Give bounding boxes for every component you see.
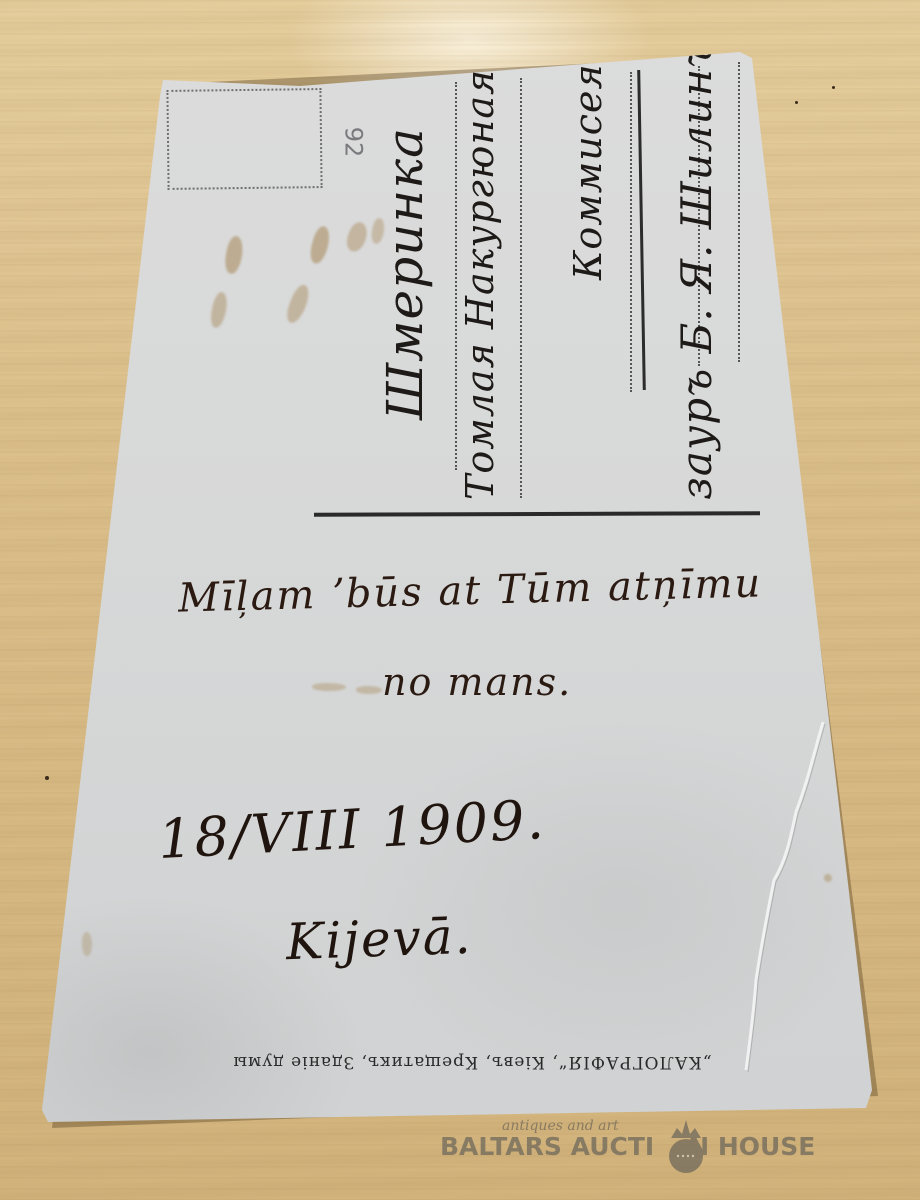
message-line-2: no mans. bbox=[382, 660, 572, 704]
stain bbox=[343, 220, 370, 254]
address-guide-line bbox=[520, 78, 522, 498]
stain bbox=[82, 932, 92, 956]
stain bbox=[208, 291, 229, 329]
stain bbox=[283, 282, 313, 325]
address-guide-line bbox=[455, 82, 457, 470]
address-line-3: Коммисея bbox=[566, 63, 610, 280]
address-line-1: Шмеринка bbox=[376, 127, 434, 420]
stain bbox=[312, 683, 346, 691]
watermark-brand: BALTARS AUCTIN HOUSE bbox=[440, 1132, 815, 1161]
address-line-2: Томлая Накургюная bbox=[458, 69, 502, 500]
stamp-box bbox=[166, 88, 322, 190]
table-speck bbox=[832, 86, 835, 89]
address-guide-line bbox=[738, 62, 740, 362]
table-speck bbox=[45, 776, 49, 780]
crown-logo-icon bbox=[663, 1118, 709, 1176]
postcard-back: 92 Шмеринка Томлая Накургюная Коммисея з… bbox=[0, 0, 920, 1200]
address-guide-line bbox=[637, 70, 646, 390]
table-speck bbox=[795, 101, 798, 104]
stain bbox=[223, 235, 245, 275]
auction-house-watermark: antiques and art BALTARS AUCTIN HOUSE bbox=[440, 1118, 840, 1178]
stain bbox=[356, 686, 382, 694]
address-divider-line bbox=[314, 511, 760, 517]
printer-imprint: „КАЛОГРАФІЯ“, Кіевъ, Крещатикъ, Зданіе д… bbox=[152, 1052, 792, 1072]
watermark-brand-left: BALTARS AUCTI bbox=[440, 1132, 654, 1161]
address-line-4: зауръ Б. Я. Шилинъ bbox=[672, 39, 721, 500]
date-text: 18/VIII 1909. bbox=[157, 788, 547, 871]
message-line-1: Mīļam ʼbūs at Tūm atņīmu bbox=[177, 560, 762, 621]
address-guide-line bbox=[630, 72, 632, 392]
stain bbox=[824, 874, 832, 882]
place-text: Kijevā. bbox=[285, 907, 473, 971]
pencil-number-note: 92 bbox=[339, 127, 367, 158]
stain bbox=[307, 225, 332, 266]
